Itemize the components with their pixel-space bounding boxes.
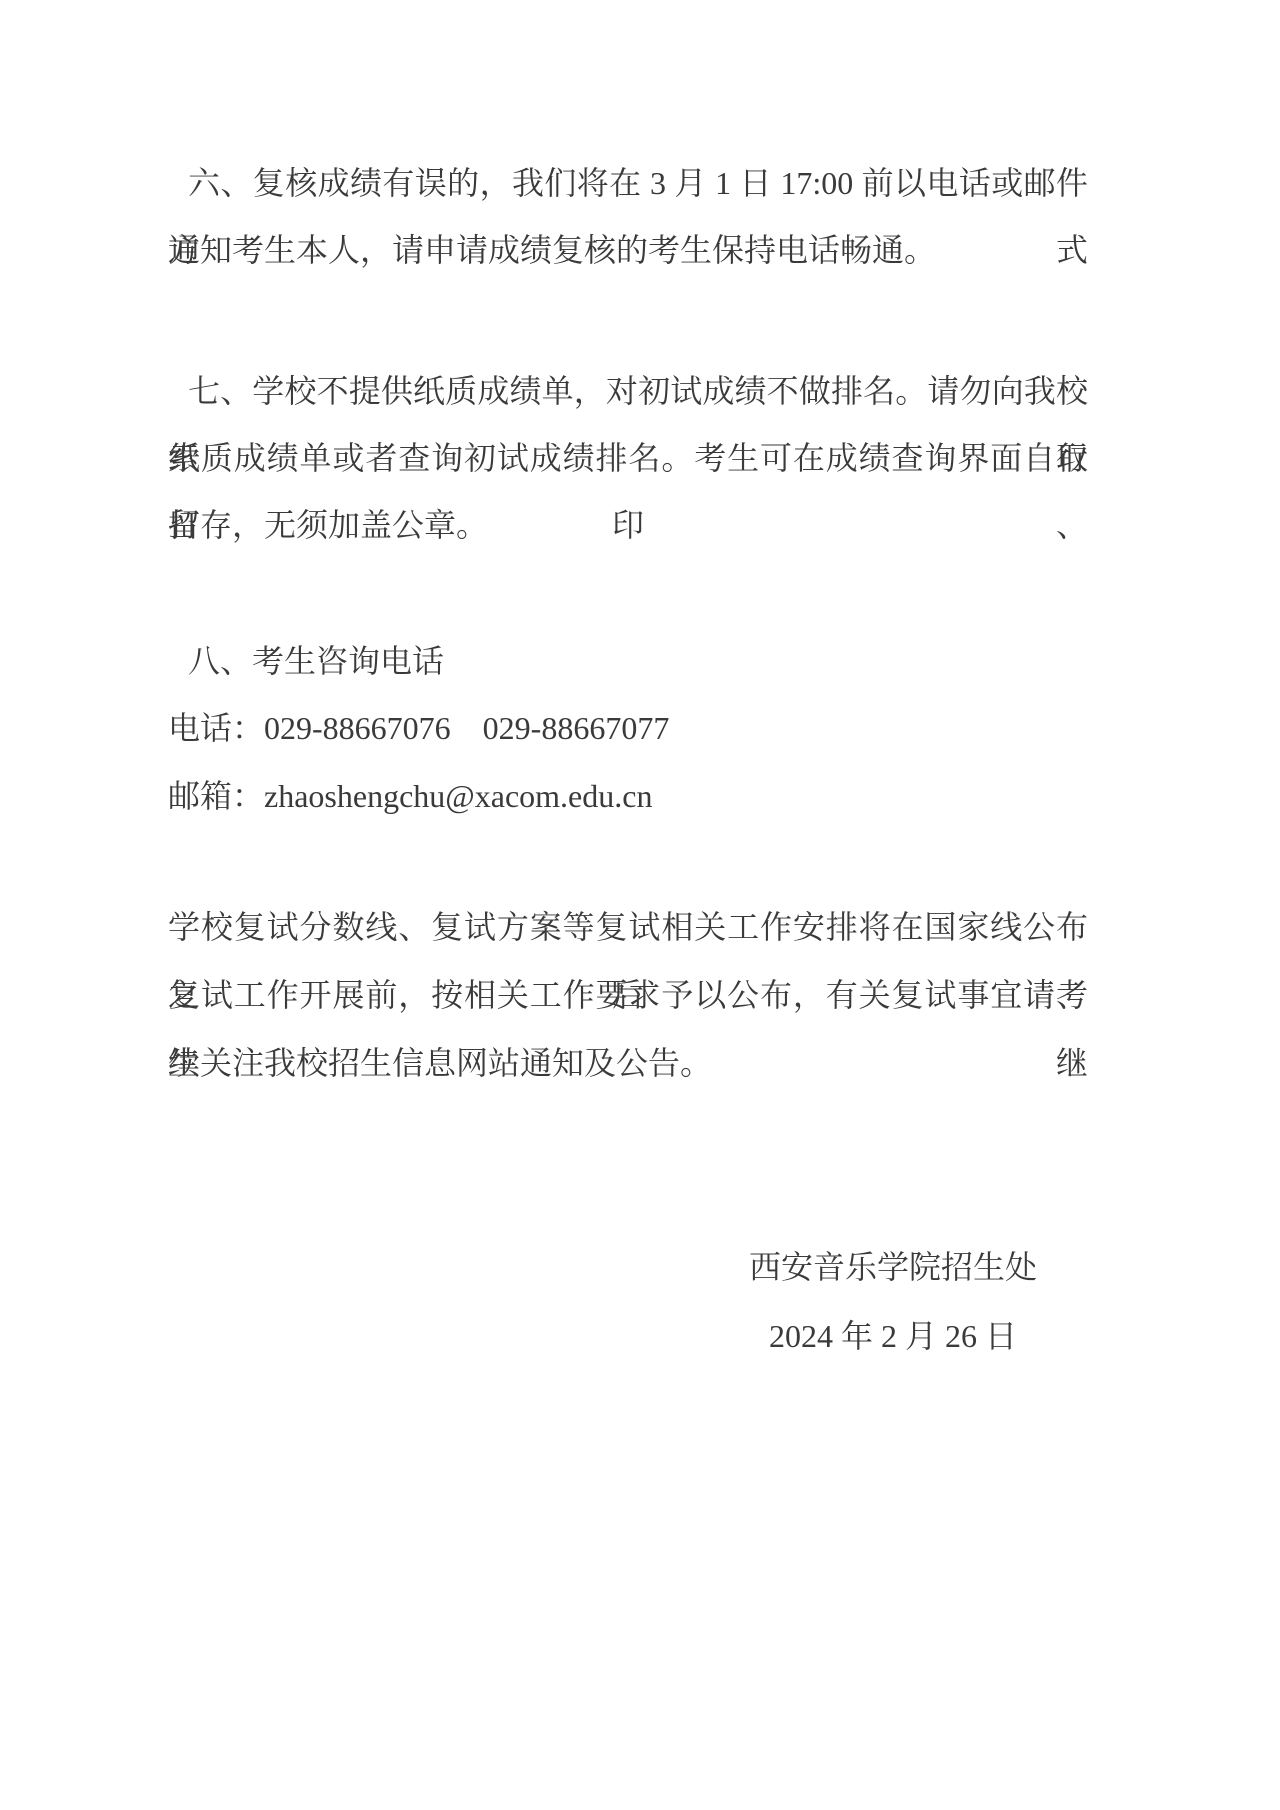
paragraph-closing-line-1: 学校复试分数线、复试方案等复试相关工作安排将在国家线公布之后、 — [168, 893, 1088, 961]
paragraph-six-line-1: 六、复核成绩有误的，我们将在 3 月 1 日 17:00 前以电话或邮件方式 — [168, 150, 1088, 217]
paragraph-six: 六、复核成绩有误的，我们将在 3 月 1 日 17:00 前以电话或邮件方式 通… — [168, 150, 1088, 284]
document-page: 六、复核成绩有误的，我们将在 3 月 1 日 17:00 前以电话或邮件方式 通… — [0, 0, 1280, 1810]
signature-block: 西安音乐学院招生处 2024 年 2 月 26 日 — [693, 1234, 1093, 1370]
paragraph-seven-line-1: 七、学校不提供纸质成绩单，对初试成绩不做排名。请勿向我校索取 — [168, 358, 1088, 425]
paragraph-seven: 七、学校不提供纸质成绩单，对初试成绩不做排名。请勿向我校索取 纸质成绩单或者查询… — [168, 358, 1088, 559]
signature-date: 2024 年 2 月 26 日 — [693, 1303, 1093, 1370]
paragraph-eight-heading: 八、考生咨询电话 — [168, 628, 1088, 695]
phone-line: 电话：029-88667076 029-88667077 — [168, 695, 1088, 762]
email-address: 邮箱：zhaoshengchu@xacom.edu.cn — [168, 763, 1088, 830]
paragraph-closing: 学校复试分数线、复试方案等复试相关工作安排将在国家线公布之后、 复试工作开展前，… — [168, 893, 1088, 1097]
paragraph-seven-line-2: 纸质成绩单或者查询初试成绩排名。考生可在成绩查询界面自行打印、 — [168, 425, 1088, 492]
signature-organization: 西安音乐学院招生处 — [693, 1234, 1093, 1301]
paragraph-eight-heading-line: 八、考生咨询电话 — [168, 628, 1088, 695]
paragraph-closing-line-2: 复试工作开展前，按相关工作要求予以公布，有关复试事宜请考生继 — [168, 961, 1088, 1029]
email-line: 邮箱：zhaoshengchu@xacom.edu.cn — [168, 763, 1088, 830]
phone-numbers: 电话：029-88667076 029-88667077 — [168, 695, 1088, 762]
